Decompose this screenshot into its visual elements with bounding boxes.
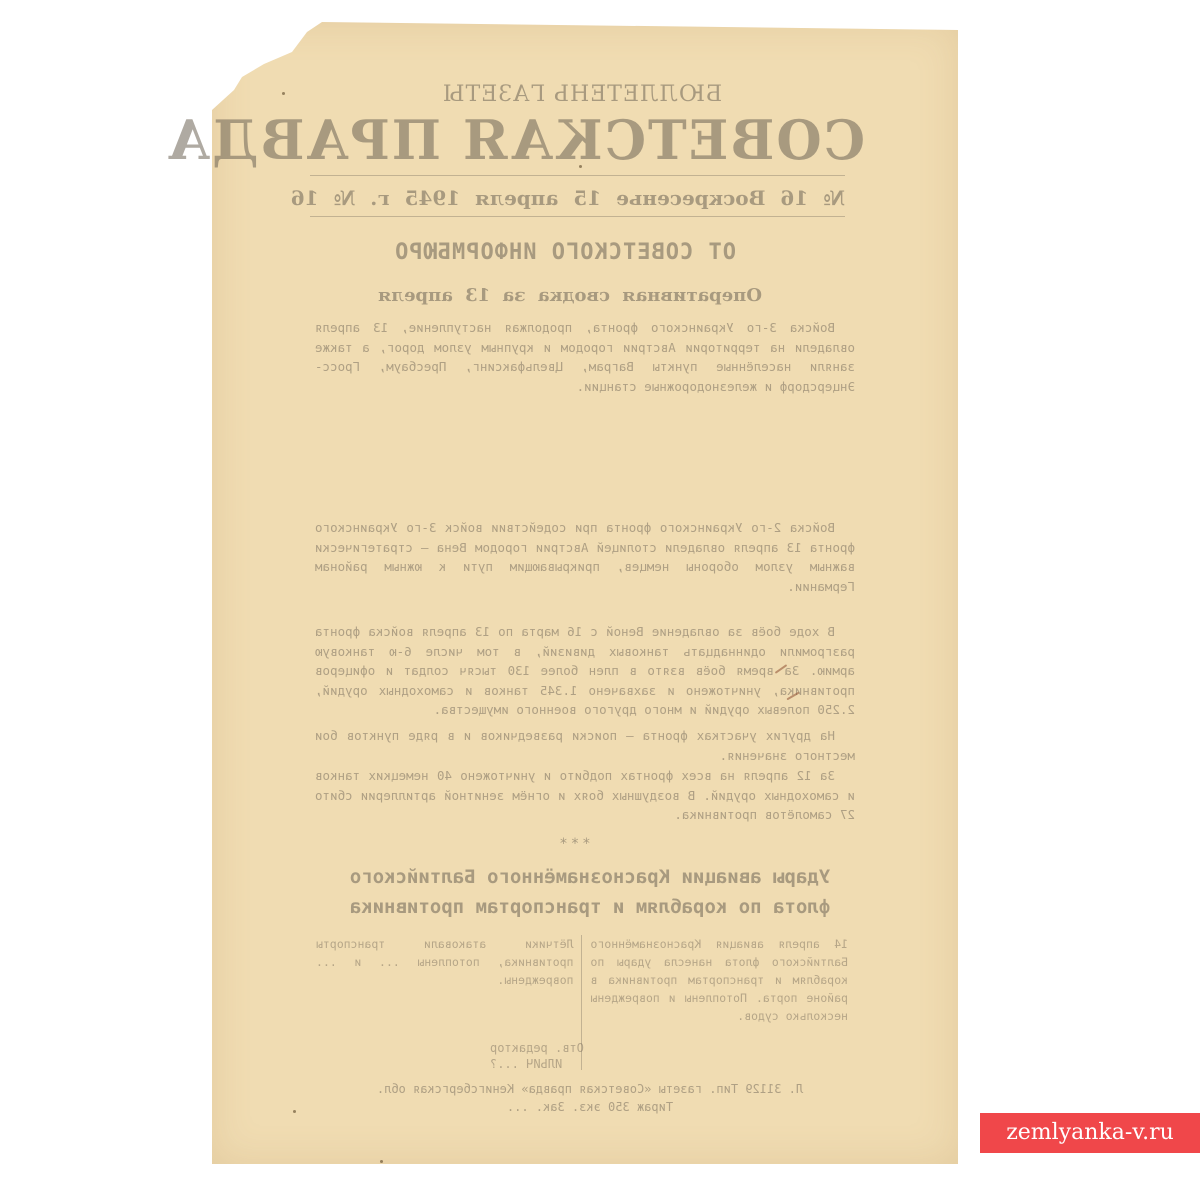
separator: * * * — [560, 836, 590, 852]
signature: Отв. редактор ИЛЬИЧ ...? — [490, 1040, 584, 1072]
print-run: Тираж 350 экз. Зак. ... — [320, 1098, 860, 1116]
newspaper-title: СОВЕТСКАЯ ПРАВДА — [295, 108, 865, 172]
header-subtitle: БЮЛЛЕТЕНЬ ГАЗЕТЫ — [432, 82, 732, 107]
article1-subtitle: Оперативная сводка за 13 апреля — [340, 285, 800, 306]
paper-speck — [282, 92, 285, 95]
imprint: Л. 31129 Тип. газеты «Советская правда» … — [320, 1080, 860, 1116]
paragraph: Войска 3-го Украинского фронта, продолжа… — [315, 318, 855, 518]
column: 14 апреля авиация Краснознамённого Балти… — [583, 935, 857, 1070]
printer-line: Л. 31129 Тип. газеты «Советская правда» … — [320, 1080, 860, 1098]
article1-title: ОТ СОВЕТСКОГО ИНФОРМБЮРО — [330, 240, 800, 265]
paper-speck — [293, 1110, 296, 1113]
site-watermark: zemlyanka-v.ru — [980, 1113, 1200, 1153]
header-rule — [310, 216, 845, 217]
paragraph: На других участках фронта — поиски разве… — [315, 726, 855, 766]
paper-speck — [380, 1160, 383, 1163]
signature-line: Отв. редактор — [490, 1040, 584, 1056]
issue-line: № 16 Воскресенье 15 апреля 1945 г. № 16 — [310, 186, 845, 210]
paragraph: За 12 апреля на всех фронтах подбито и у… — [315, 766, 855, 826]
article2-title: Удары авиации Краснознамённого Балтийско… — [320, 862, 860, 922]
signature-line: ИЛЬИЧ ...? — [490, 1056, 584, 1072]
article1-body: Войска 3-го Украинского фронта, продолжа… — [315, 318, 855, 826]
header-rule — [310, 175, 845, 176]
paragraph: Войска 2-го Украинского фронта при содей… — [315, 518, 855, 622]
paragraph: В ходе боёв за овладение Веной с 16 март… — [315, 622, 855, 726]
paper-speck — [579, 165, 582, 168]
